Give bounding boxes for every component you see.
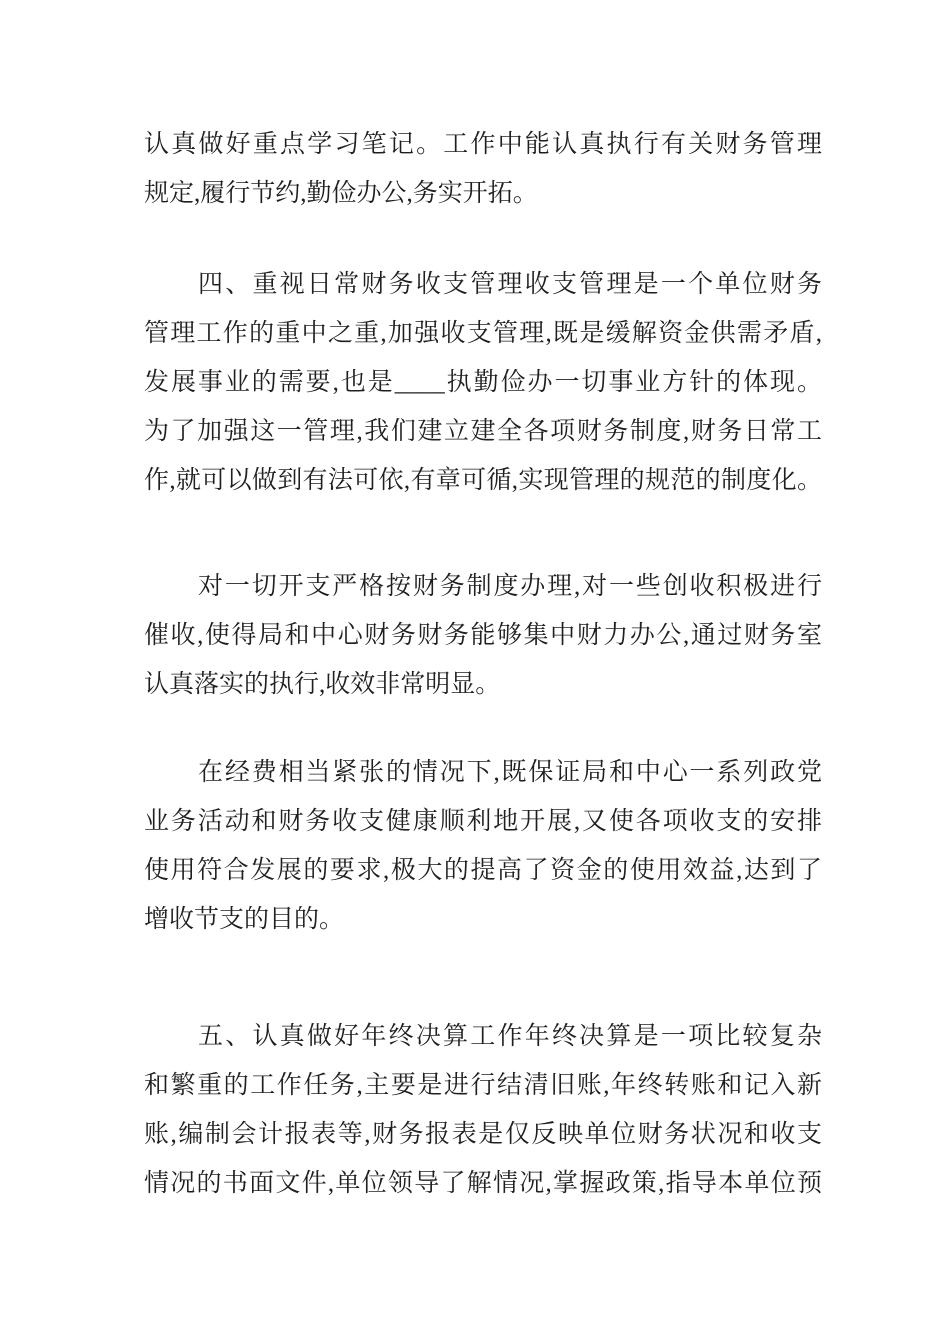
text-line: 规定,履行节约,勤俭办公,务实开拓。 <box>144 169 822 218</box>
text-line: 业务活动和财务收支健康顺利地开展,又使各项收支的安排 <box>144 797 822 846</box>
document-page: 认真做好重点学习笔记。工作中能认真执行有关财务管理 规定,履行节约,勤俭办公,务… <box>0 0 950 1344</box>
text-line: 增收节支的目的。 <box>144 895 822 944</box>
text-line: 五、认真做好年终决算工作年终决算是一项比较复杂 <box>144 1012 822 1061</box>
text-line: 和繁重的工作任务,主要是进行结清旧账,年终转账和记入新 <box>144 1061 822 1110</box>
text-line: 四、重视日常财务收支管理收支管理是一个单位财务 <box>144 260 822 309</box>
text-column: 认真做好重点学习笔记。工作中能认真执行有关财务管理 规定,履行节约,勤俭办公,务… <box>144 120 822 1208</box>
text-line: 账,编制会计报表等,财务报表是仅反映单位财务状况和收支 <box>144 1110 822 1159</box>
paragraph: 四、重视日常财务收支管理收支管理是一个单位财务 管理工作的重中之重,加强收支管理… <box>144 260 822 505</box>
paragraph: 对一切开支严格按财务制度办理,对一些创收积极进行 催收,使得局和中心财务财务能够… <box>144 562 822 709</box>
text-line: 认真落实的执行,收效非常明显。 <box>144 660 822 709</box>
text-line: 对一切开支严格按财务制度办理,对一些创收积极进行 <box>144 562 822 611</box>
text-line: 催收,使得局和中心财务财务能够集中财力办公,通过财务室 <box>144 611 822 660</box>
text-line: 管理工作的重中之重,加强收支管理,既是缓解资金供需矛盾, <box>144 309 822 358</box>
paragraph: 五、认真做好年终决算工作年终决算是一项比较复杂 和繁重的工作任务,主要是进行结清… <box>144 1012 822 1208</box>
text-line: 作,就可以做到有法可依,有章可循,实现管理的规范的制度化。 <box>144 456 822 505</box>
text-line: 情况的书面文件,单位领导了解情况,掌握政策,指导本单位预 <box>144 1159 822 1208</box>
text-line: 发展事业的需要,也是____执勤俭办一切事业方针的体现。 <box>144 358 822 407</box>
paragraph: 在经费相当紧张的情况下,既保证局和中心一系列政党 业务活动和财务收支健康顺利地开… <box>144 748 822 944</box>
text-line: 认真做好重点学习笔记。工作中能认真执行有关财务管理 <box>144 120 822 169</box>
text-line: 在经费相当紧张的情况下,既保证局和中心一系列政党 <box>144 748 822 797</box>
text-line: 使用符合发展的要求,极大的提高了资金的使用效益,达到了 <box>144 846 822 895</box>
paragraph: 认真做好重点学习笔记。工作中能认真执行有关财务管理 规定,履行节约,勤俭办公,务… <box>144 120 822 218</box>
text-line: 为了加强这一管理,我们建立建全各项财务制度,财务日常工 <box>144 407 822 456</box>
